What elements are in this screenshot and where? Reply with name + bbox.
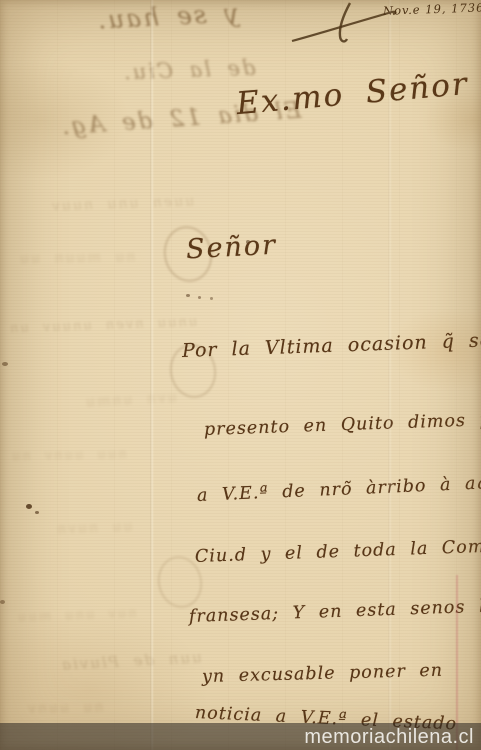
body-text-line: Por la Vltima ocasion q̃ senos <box>182 328 481 362</box>
bleedthrough-line: de la Ciu. <box>122 56 256 85</box>
bleedthrough-line: uuen unu nuuv <box>50 193 195 214</box>
paper-stains <box>0 0 481 750</box>
ink-speck <box>2 362 8 366</box>
ink-speck <box>186 294 190 297</box>
date-annotation: Nov.e 19, 1736. <box>383 0 481 18</box>
bleedthrough-line: uu nuvn <box>55 519 133 538</box>
ink-speck <box>35 511 39 514</box>
body-text-line: Ciu.d y el de toda la Comp.ª <box>195 536 481 567</box>
watermark-band: memoriachilena.cl <box>0 723 481 750</box>
paper-texture <box>0 0 481 750</box>
bleedthrough-layer: y se hau.de la Ciu.El dia 12 de Ag.uuen … <box>0 0 481 750</box>
salutation-exmo-senor: Ex.mo Señor <box>235 66 470 122</box>
salutation-senor: Señor <box>185 230 278 266</box>
ink-speck <box>198 296 201 299</box>
fold-crease <box>150 0 154 750</box>
ink-speck <box>246 240 250 244</box>
ink-speck <box>0 600 5 604</box>
bleedthrough-line: nuu uunv nu <box>10 447 127 464</box>
body-text-line: yn excusable poner en <box>202 661 444 687</box>
ink-speck <box>210 297 213 300</box>
bleedthrough-line: y se hau. <box>95 0 239 35</box>
bleedthrough-line: nu uunv <box>26 699 104 716</box>
edge-vignette <box>0 0 481 750</box>
cross-mark-icon <box>288 0 400 48</box>
bleedthrough-line: uun de Pluvia <box>60 648 203 673</box>
body-text-line: fransesa; Y en esta senos hase <box>189 595 481 627</box>
bleedthrough-line: nuv unu muu <box>16 606 137 625</box>
ink-layer: Nov.e 19, 1736. Ex.mo Señor Señor Por la… <box>0 0 481 750</box>
bleedthrough-oval-flourish <box>166 340 221 401</box>
body-text-line: a V.E.ª de nrõ àrribo à aquella <box>197 471 481 506</box>
bleedthrough-oval-flourish <box>159 222 218 287</box>
bleedthrough-line: El dia 12 de Ag. <box>59 98 302 141</box>
body-text-line: presento en Quito dimos parte <box>204 409 481 440</box>
ink-speck <box>26 504 32 509</box>
bleedthrough-line: unuu nven unuuv un <box>8 315 198 337</box>
bleedthrough-line: nu muun uu <box>18 249 136 267</box>
manuscript-page: y se hau.de la Ciu.El dia 12 de Ag.uuen … <box>0 0 481 750</box>
bleedthrough-line: uvn unmu <box>84 390 177 411</box>
bleedthrough-oval-flourish <box>153 552 207 612</box>
watermark-text: memoriachilena.cl <box>304 727 474 747</box>
fold-crease <box>388 0 392 750</box>
